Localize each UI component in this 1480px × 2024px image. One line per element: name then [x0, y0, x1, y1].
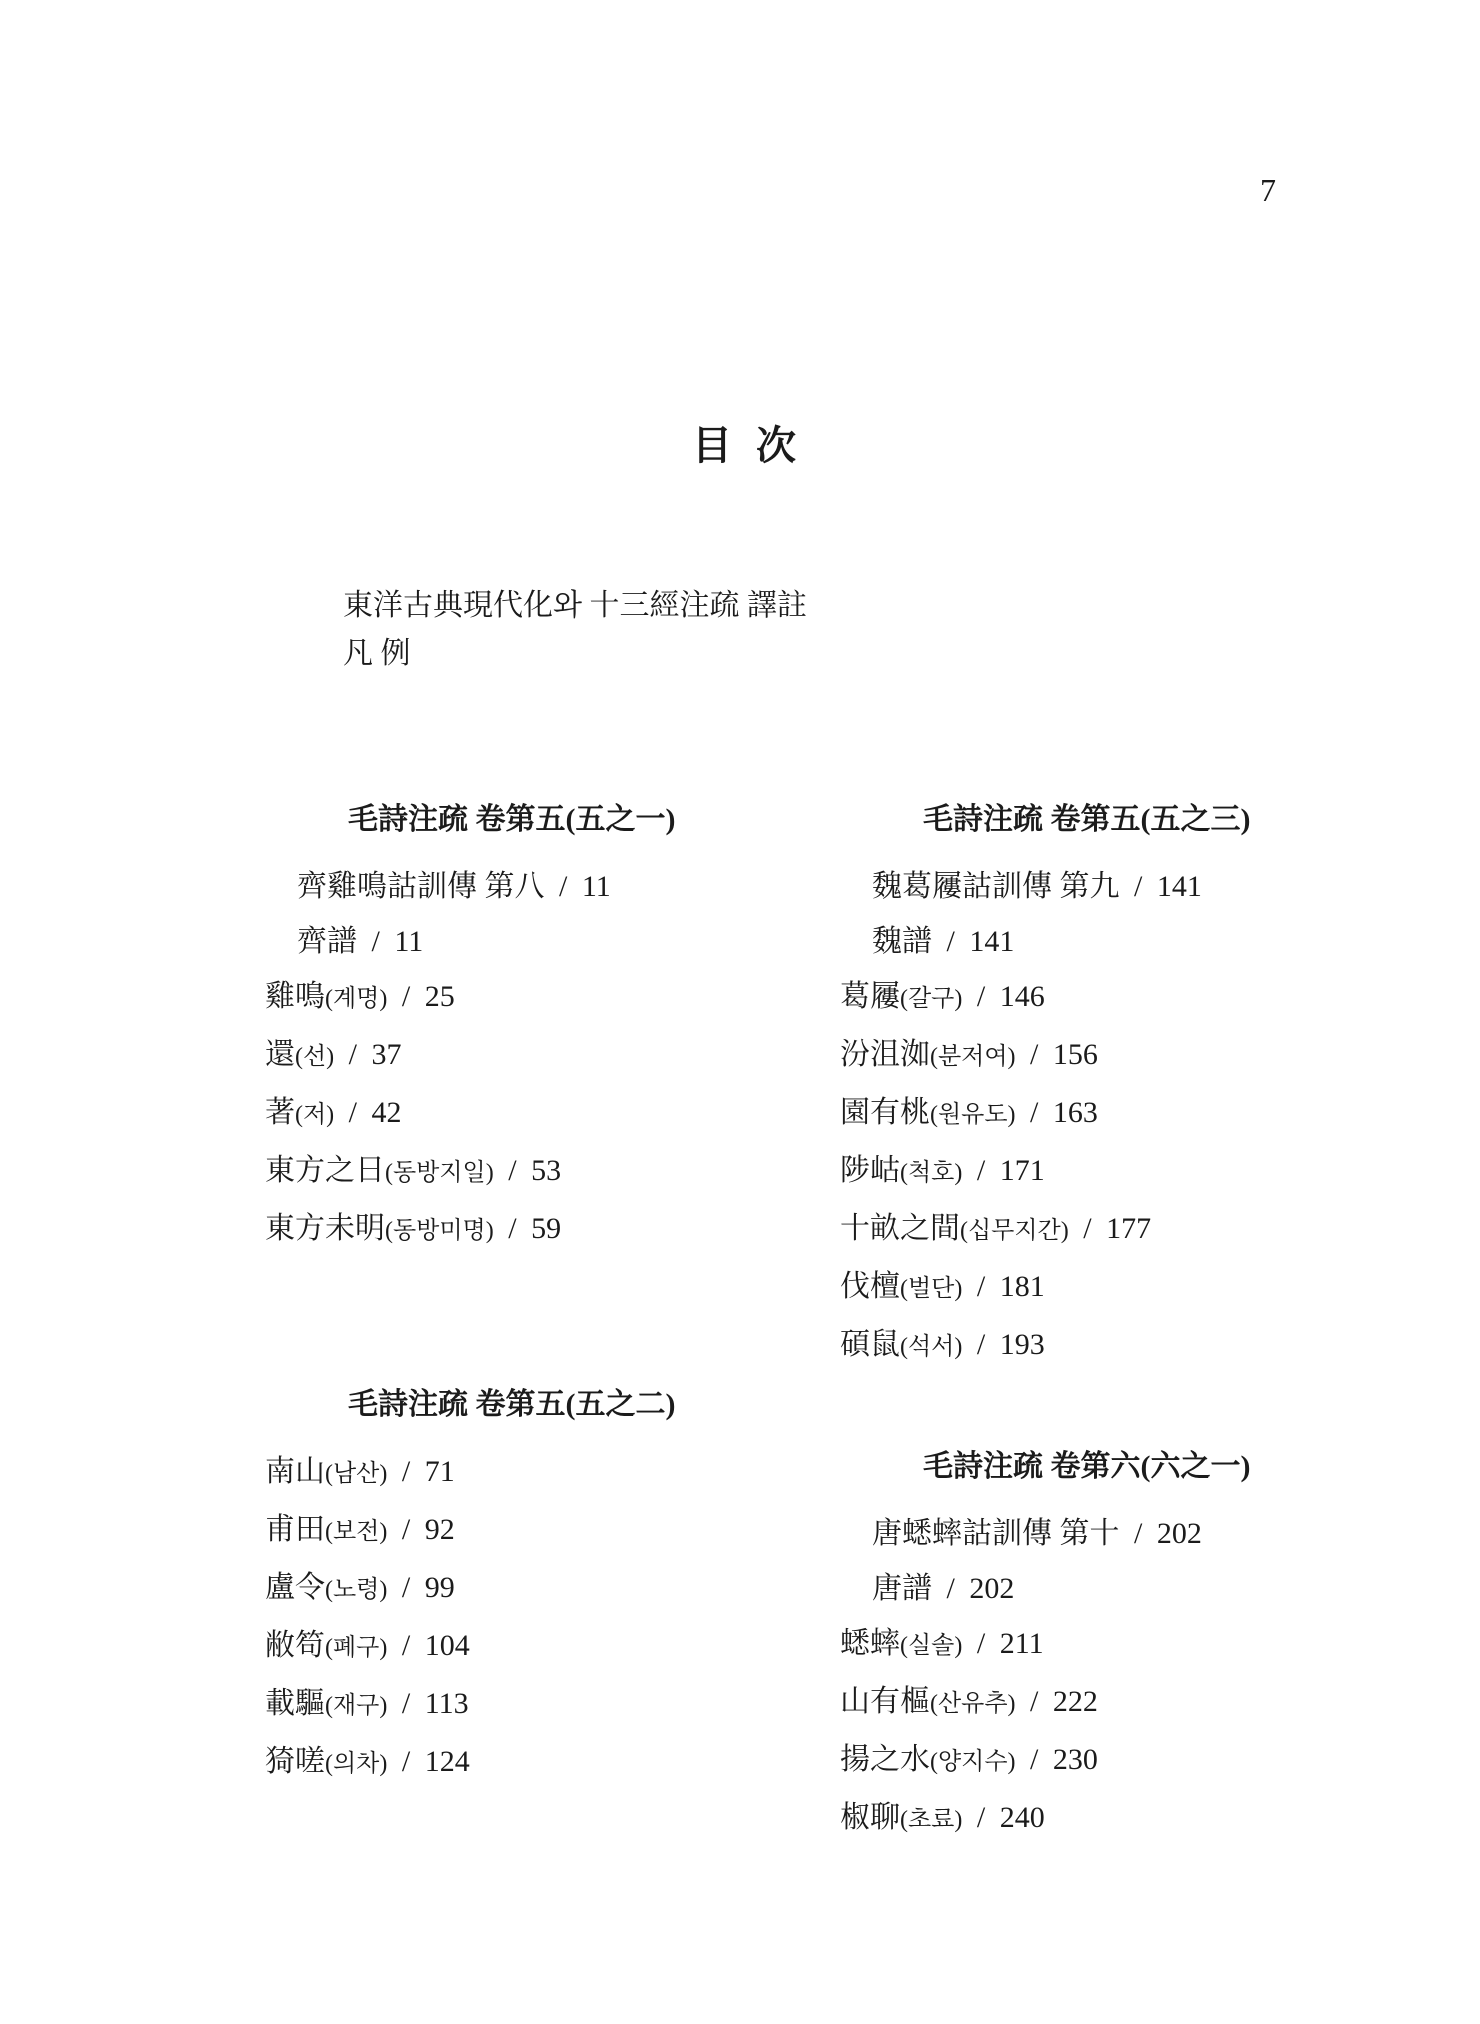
toc-entry: 敝笱(폐구) / 104 [265, 1618, 765, 1676]
entry-title: 魏葛屨詁訓傳 第九 [872, 870, 1120, 903]
toc-section: 毛詩注疏 卷第五(五之一)齊雞鳴詁訓傳 第八 / 11齊譜 / 11雞鳴(계명)… [265, 792, 765, 1259]
entry-title: 園有桃 [840, 1096, 930, 1129]
entry-title: 汾沮洳 [840, 1038, 930, 1071]
entry-title: 載驅 [265, 1687, 325, 1720]
entry-title: 唐譜 [872, 1572, 932, 1605]
entry-reading: (벌단) [900, 1276, 962, 1302]
toc-column-right: 毛詩注疏 卷第五(五之三)魏葛屨詁訓傳 第九 / 141魏譜 / 141葛屨(갈… [840, 792, 1410, 1848]
entry-title: 椒聊 [840, 1801, 900, 1834]
document-page: 7 目 次 東洋古典現代化와 十三經注疏 譯註 凡 例 毛詩注疏 卷第五(五之一… [0, 0, 1480, 2024]
entry-page-number: 59 [531, 1212, 561, 1245]
entry-reading: (저) [295, 1102, 334, 1128]
entry-title: 葛屨 [840, 980, 900, 1013]
entry-separator: / [1120, 870, 1157, 903]
front-matter: 東洋古典現代化와 十三經注疏 譯註 凡 例 [343, 582, 807, 678]
entry-reading: (십무지간) [960, 1218, 1069, 1244]
toc-entry: 椒聊(초료) / 240 [840, 1790, 1410, 1848]
front-matter-line: 東洋古典現代化와 十三經注疏 譯註 [343, 582, 807, 630]
toc-entry: 陟岵(척호) / 171 [840, 1143, 1410, 1201]
entry-separator: / [387, 1745, 424, 1778]
entry-reading: (동방미명) [385, 1218, 494, 1244]
entry-separator: / [494, 1154, 531, 1187]
toc-entry: 東方未明(동방미명) / 59 [265, 1201, 765, 1259]
entry-page-number: 211 [1000, 1627, 1044, 1660]
toc-entry: 碩鼠(석서) / 193 [840, 1317, 1410, 1375]
toc-entry: 還(선) / 37 [265, 1027, 765, 1085]
entry-title: 齊雞鳴詁訓傳 第八 [297, 870, 545, 903]
toc-entry: 齊譜 / 11 [265, 914, 765, 969]
toc-entry: 雞鳴(계명) / 25 [265, 969, 765, 1027]
entry-reading: (석서) [900, 1334, 962, 1360]
entry-separator: / [962, 1801, 999, 1834]
entry-reading: (남산) [325, 1461, 387, 1487]
entry-title: 敝笱 [265, 1629, 325, 1662]
entry-page-number: 113 [425, 1687, 469, 1720]
entry-separator: / [494, 1212, 531, 1245]
entry-title: 揚之水 [840, 1743, 930, 1776]
entry-title: 魏譜 [872, 925, 932, 958]
entry-reading: (보전) [325, 1519, 387, 1545]
toc-entry: 魏譜 / 141 [840, 914, 1410, 969]
front-matter-line: 凡 例 [343, 630, 807, 678]
entry-title: 著 [265, 1096, 295, 1129]
toc-entry: 葛屨(갈구) / 146 [840, 969, 1410, 1027]
entry-separator: / [334, 1096, 371, 1129]
entry-reading: (산유추) [930, 1691, 1016, 1717]
entry-title: 十畝之間 [840, 1212, 960, 1245]
entry-separator: / [962, 1154, 999, 1187]
toc-entry: 汾沮洳(분저여) / 156 [840, 1027, 1410, 1085]
entry-title: 蟋蟀 [840, 1627, 900, 1660]
page-number: 7 [1260, 174, 1277, 206]
entry-reading: (초료) [900, 1807, 962, 1833]
entry-separator: / [1016, 1743, 1053, 1776]
entry-reading: (동방지일) [385, 1160, 494, 1186]
entry-title: 陟岵 [840, 1154, 900, 1187]
entry-title: 雞鳴 [265, 980, 325, 1013]
entry-separator: / [387, 1571, 424, 1604]
page-title: 目 次 [692, 422, 796, 470]
toc-entry: 園有桃(원유도) / 163 [840, 1085, 1410, 1143]
entry-page-number: 177 [1106, 1212, 1151, 1245]
entry-reading: (원유도) [930, 1102, 1016, 1128]
entry-page-number: 25 [425, 980, 455, 1013]
entry-page-number: 163 [1053, 1096, 1098, 1129]
toc-column-left: 毛詩注疏 卷第五(五之一)齊雞鳴詁訓傳 第八 / 11齊譜 / 11雞鳴(계명)… [265, 792, 765, 1792]
entry-page-number: 156 [1053, 1038, 1098, 1071]
entry-separator: / [932, 1572, 969, 1605]
entry-separator: / [387, 1629, 424, 1662]
entry-separator: / [1120, 1517, 1157, 1550]
toc-entry: 著(저) / 42 [265, 1085, 765, 1143]
entry-page-number: 99 [425, 1571, 455, 1604]
entry-title: 東方未明 [265, 1212, 385, 1245]
section-heading: 毛詩注疏 卷第五(五之二) [265, 1377, 765, 1432]
entry-separator: / [357, 925, 394, 958]
entry-page-number: 104 [425, 1629, 470, 1662]
entry-page-number: 141 [969, 925, 1014, 958]
entry-separator: / [387, 1455, 424, 1488]
entry-page-number: 181 [1000, 1270, 1045, 1303]
entry-separator: / [1069, 1212, 1106, 1245]
section-heading: 毛詩注疏 卷第六(六之一) [840, 1439, 1410, 1494]
entry-separator: / [387, 1687, 424, 1720]
entry-separator: / [1016, 1038, 1053, 1071]
entry-separator: / [387, 1513, 424, 1546]
toc-section: 毛詩注疏 卷第六(六之一)唐蟋蟀詁訓傳 第十 / 202唐譜 / 202蟋蟀(실… [840, 1439, 1410, 1848]
entry-title: 伐檀 [840, 1270, 900, 1303]
entry-page-number: 11 [582, 870, 611, 903]
entry-separator: / [962, 1627, 999, 1660]
toc-entry: 甫田(보전) / 92 [265, 1502, 765, 1560]
entry-page-number: 202 [969, 1572, 1014, 1605]
toc-entry: 唐譜 / 202 [840, 1561, 1410, 1616]
entry-title: 南山 [265, 1455, 325, 1488]
toc-entry: 十畝之間(십무지간) / 177 [840, 1201, 1410, 1259]
entry-page-number: 71 [425, 1455, 455, 1488]
entry-page-number: 53 [531, 1154, 561, 1187]
entry-title: 甫田 [265, 1513, 325, 1546]
toc-entry: 唐蟋蟀詁訓傳 第十 / 202 [840, 1506, 1410, 1561]
entry-separator: / [334, 1038, 371, 1071]
entry-title: 齊譜 [297, 925, 357, 958]
toc-entry: 蟋蟀(실솔) / 211 [840, 1616, 1410, 1674]
entry-page-number: 92 [425, 1513, 455, 1546]
entry-reading: (재구) [325, 1693, 387, 1719]
entry-reading: (양지수) [930, 1749, 1016, 1775]
section-heading: 毛詩注疏 卷第五(五之一) [265, 792, 765, 847]
entry-title: 唐蟋蟀詁訓傳 第十 [872, 1517, 1120, 1550]
section-heading: 毛詩注疏 卷第五(五之三) [840, 792, 1410, 847]
entry-reading: (폐구) [325, 1635, 387, 1661]
toc-section: 毛詩注疏 卷第五(五之三)魏葛屨詁訓傳 第九 / 141魏譜 / 141葛屨(갈… [840, 792, 1410, 1375]
entry-separator: / [962, 1328, 999, 1361]
entry-reading: (실솔) [900, 1633, 962, 1659]
entry-reading: (의차) [325, 1751, 387, 1777]
entry-title: 盧令 [265, 1571, 325, 1604]
toc-entry: 魏葛屨詁訓傳 第九 / 141 [840, 859, 1410, 914]
toc-entry: 南山(남산) / 71 [265, 1444, 765, 1502]
entry-page-number: 11 [394, 925, 423, 958]
entry-separator: / [545, 870, 582, 903]
entry-reading: (노령) [325, 1577, 387, 1603]
toc-entry: 東方之日(동방지일) / 53 [265, 1143, 765, 1201]
entry-reading: (갈구) [900, 986, 962, 1012]
entry-title: 猗嗟 [265, 1745, 325, 1778]
entry-separator: / [962, 980, 999, 1013]
toc-entry: 揚之水(양지수) / 230 [840, 1732, 1410, 1790]
entry-separator: / [1016, 1685, 1053, 1718]
toc-section: 毛詩注疏 卷第五(五之二)南山(남산) / 71甫田(보전) / 92盧令(노령… [265, 1377, 765, 1792]
entry-separator: / [962, 1270, 999, 1303]
toc-entry: 猗嗟(의차) / 124 [265, 1734, 765, 1792]
entry-page-number: 202 [1157, 1517, 1202, 1550]
entry-title: 還 [265, 1038, 295, 1071]
entry-separator: / [387, 980, 424, 1013]
entry-page-number: 193 [1000, 1328, 1045, 1361]
entry-separator: / [932, 925, 969, 958]
entry-reading: (선) [295, 1044, 334, 1070]
toc-entry: 齊雞鳴詁訓傳 第八 / 11 [265, 859, 765, 914]
entry-page-number: 222 [1053, 1685, 1098, 1718]
entry-page-number: 146 [1000, 980, 1045, 1013]
entry-page-number: 42 [372, 1096, 402, 1129]
entry-page-number: 141 [1157, 870, 1202, 903]
entry-title: 碩鼠 [840, 1328, 900, 1361]
toc-entry: 盧令(노령) / 99 [265, 1560, 765, 1618]
entry-page-number: 37 [372, 1038, 402, 1071]
toc-entry: 伐檀(벌단) / 181 [840, 1259, 1410, 1317]
entry-title: 山有樞 [840, 1685, 930, 1718]
toc-entry: 山有樞(산유추) / 222 [840, 1674, 1410, 1732]
entry-reading: (분저여) [930, 1044, 1016, 1070]
entry-page-number: 230 [1053, 1743, 1098, 1776]
toc-entry: 載驅(재구) / 113 [265, 1676, 765, 1734]
entry-page-number: 240 [1000, 1801, 1045, 1834]
entry-reading: (계명) [325, 986, 387, 1012]
entry-page-number: 171 [1000, 1154, 1045, 1187]
entry-title: 東方之日 [265, 1154, 385, 1187]
entry-separator: / [1016, 1096, 1053, 1129]
entry-page-number: 124 [425, 1745, 470, 1778]
entry-reading: (척호) [900, 1160, 962, 1186]
